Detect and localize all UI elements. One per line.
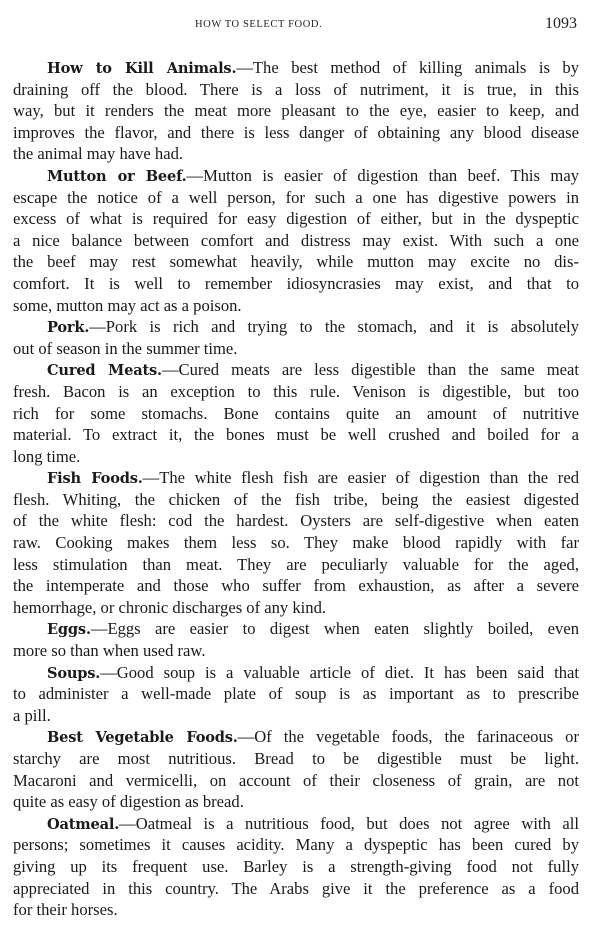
paragraph-line: material. To extract it, the bones must …	[13, 424, 579, 446]
paragraph-line: How to Kill Animals.—The best method of …	[13, 57, 579, 79]
paragraph-line: starchy are most nutritious. Bread to be…	[13, 748, 579, 770]
paragraph-line: for their horses.	[13, 899, 579, 921]
section-heading: Pork.	[47, 319, 89, 336]
paragraph-line: of the white flesh: cod the hardest. Oys…	[13, 510, 579, 532]
running-header: HOW TO SELECT FOOD. 1093	[0, 15, 593, 35]
paragraph-line: Macaroni and vermicelli, on account of t…	[13, 770, 579, 792]
paragraph-line: excess of what is required for easy dige…	[13, 208, 579, 230]
section-cured-meats: Cured Meats.—Cured meats are less digest…	[13, 359, 579, 467]
paragraph-line: Best Vegetable Foods.—Of the vegetable f…	[13, 726, 579, 748]
section-heading: Eggs.	[47, 621, 91, 638]
section-heading: Cured Meats.	[47, 362, 162, 379]
paragraph-line: Oatmeal.—Oatmeal is a nutritious food, b…	[13, 813, 579, 835]
running-title: HOW TO SELECT FOOD.	[195, 19, 322, 30]
section-soups: Soups.—Good soup is a valuable article o…	[13, 662, 579, 727]
paragraph-line: way, but it renders the meat more pleasa…	[13, 100, 579, 122]
paragraph-line: draining off the blood. There is a loss …	[13, 79, 579, 101]
paragraph-line: Mutton or Beef.—Mutton is easier of dige…	[13, 165, 579, 187]
paragraph-line: some, mutton may act as a poison.	[13, 295, 579, 317]
paragraph-line: quite as easy of digestion as bread.	[13, 791, 579, 813]
paragraph-line: a pill.	[13, 705, 579, 727]
paragraph-line: flesh. Whiting, the chicken of the fish …	[13, 489, 579, 511]
paragraph-line: a nice balance between comfort and distr…	[13, 230, 579, 252]
section-heading: Best Vegetable Foods.	[47, 729, 238, 746]
page-number: 1093	[545, 15, 577, 33]
section-heading: Soups.	[47, 665, 100, 682]
section-heading: Fish Foods.	[47, 470, 143, 487]
paragraph-line: rich for some stomachs. Bone contains qu…	[13, 403, 579, 425]
section-best-vegetable-foods: Best Vegetable Foods.—Of the vegetable f…	[13, 726, 579, 812]
paragraph-line: the beef may rest somewhat heavily, whil…	[13, 251, 579, 273]
paragraph-line: more so than when used raw.	[13, 640, 579, 662]
paragraph-line: Fish Foods.—The white flesh fish are eas…	[13, 467, 579, 489]
paragraph-line: the intemperate and those who suffer fro…	[13, 575, 579, 597]
section-eggs: Eggs.—Eggs are easier to digest when eat…	[13, 618, 579, 661]
paragraph-line: Eggs.—Eggs are easier to digest when eat…	[13, 618, 579, 640]
paragraph-line: to administer a well-made plate of soup …	[13, 683, 579, 705]
body-text: How to Kill Animals.—The best method of …	[13, 57, 579, 921]
paragraph-line: less stimulation than meat. They are pec…	[13, 554, 579, 576]
paragraph-line: long time.	[13, 446, 579, 468]
paragraph-line: the animal may have had.	[13, 143, 579, 165]
section-heading: Oatmeal.	[47, 816, 119, 833]
section-how-to-kill-animals: How to Kill Animals.—The best method of …	[13, 57, 579, 165]
paragraph-line: Pork.—Pork is rich and trying to the sto…	[13, 316, 579, 338]
paragraph-line: appreciated in this country. The Arabs g…	[13, 878, 579, 900]
paragraph-line: escape the notice of a well person, for …	[13, 187, 579, 209]
paragraph-line: improves the flavor, and there is less d…	[13, 122, 579, 144]
paragraph-line: giving up its frequent use. Barley is a …	[13, 856, 579, 878]
book-page: HOW TO SELECT FOOD. 1093 How to Kill Ani…	[0, 0, 593, 933]
section-heading: How to Kill Animals.	[47, 60, 236, 77]
paragraph-line: fresh. Bacon is an exception to this rul…	[13, 381, 579, 403]
paragraph-line: hemorrhage, or chronic discharges of any…	[13, 597, 579, 619]
paragraph-line: comfort. It is well to remember idiosync…	[13, 273, 579, 295]
paragraph-line: out of season in the summer time.	[13, 338, 579, 360]
paragraph-line: Soups.—Good soup is a valuable article o…	[13, 662, 579, 684]
section-pork: Pork.—Pork is rich and trying to the sto…	[13, 316, 579, 359]
section-heading: Mutton or Beef.	[47, 168, 187, 185]
paragraph-line: raw. Cooking makes them less so. They ma…	[13, 532, 579, 554]
paragraph-line: persons; sometimes it causes acidity. Ma…	[13, 834, 579, 856]
section-mutton-or-beef: Mutton or Beef.—Mutton is easier of dige…	[13, 165, 579, 316]
section-fish-foods: Fish Foods.—The white flesh fish are eas…	[13, 467, 579, 618]
paragraph-line: Cured Meats.—Cured meats are less digest…	[13, 359, 579, 381]
section-oatmeal: Oatmeal.—Oatmeal is a nutritious food, b…	[13, 813, 579, 921]
